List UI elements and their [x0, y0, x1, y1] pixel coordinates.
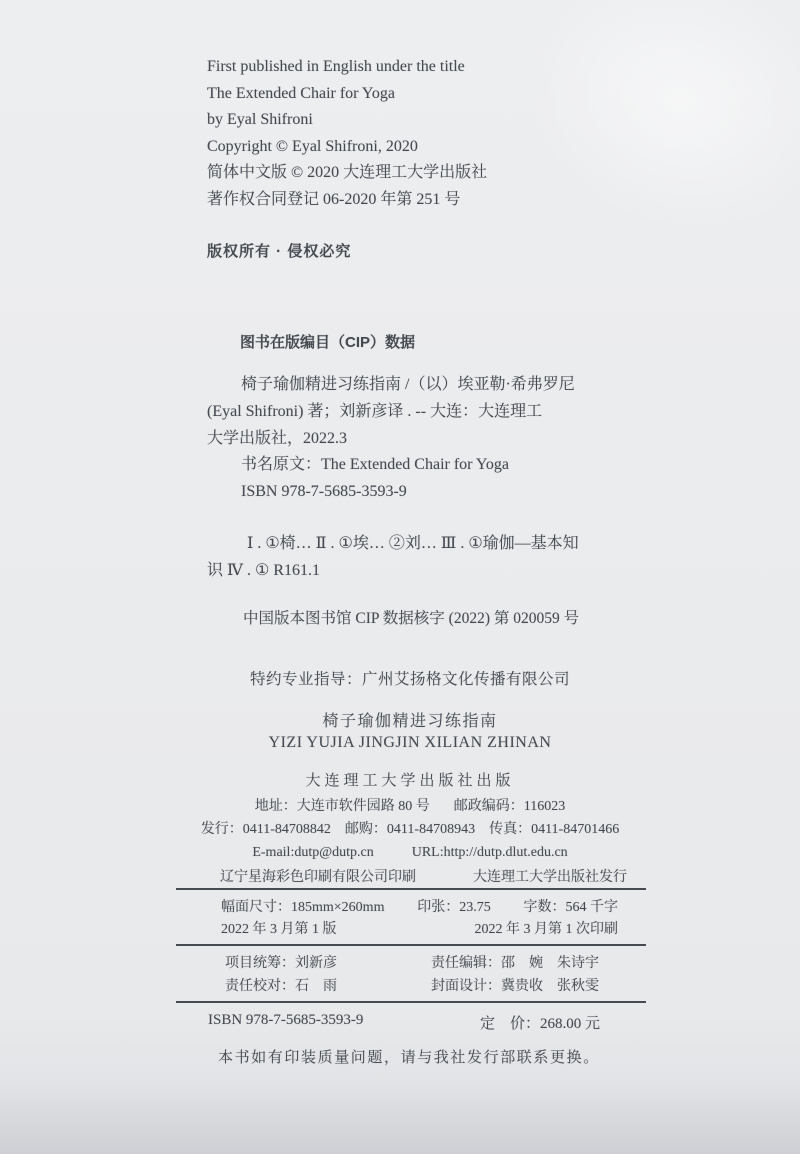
staff-row: 责任校对：石 雨 封面设计：冀贵收 张秋雯 — [175, 976, 645, 997]
printed-sheets: 印张：23.75 — [417, 897, 491, 918]
address-row: 地址：大连市软件园路 80 号 邮政编码：116023 — [175, 797, 645, 817]
project-coordinator: 项目统筹：刘新彦 — [225, 953, 337, 974]
cip-record: 中国版本图书馆 CIP 数据核字 (2022) 第 020059 号 — [243, 606, 579, 628]
copyright-line: 著作权合同登记 06-2020 年第 251 号 — [207, 187, 487, 214]
copyright-line: 简体中文版 © 2020 大连理工大学出版社 — [207, 160, 487, 187]
copyright-line: The Extended Chair for Yoga — [207, 81, 487, 108]
printer-row: 辽宁星海彩色印刷有限公司印刷 大连理工大学出版社发行 — [175, 866, 645, 886]
copyright-line: Copyright © Eyal Shifroni, 2020 — [207, 134, 487, 161]
book-title-cn: 椅子瑜伽精进习练指南 — [175, 708, 645, 731]
cip-line: ISBN 978-7-5685-3593-9 — [207, 479, 592, 506]
cip-line: 椅子瑜伽精进习练指南 /（以）埃亚勒·希弗罗尼 — [207, 372, 592, 399]
printing-run: 2022 年 3 月第 1 次印刷 — [475, 919, 619, 940]
publisher-line: 大连理工大学出版社出版 — [175, 769, 645, 790]
book-title-pinyin: YIZI YUJIA JINGJIN XILIAN ZHINAN — [175, 734, 645, 752]
cip-line: 书名原文：The Extended Chair for Yoga — [207, 452, 592, 479]
distribution-phone: 发行：0411-84708842 — [201, 820, 331, 840]
proofreader: 责任校对：石 雨 — [225, 976, 337, 997]
price: 定 价：268.00 元 — [480, 1012, 600, 1033]
copyright-line: by Eyal Shifroni — [207, 107, 487, 134]
cip-heading: 图书在版编目（CIP）数据 — [240, 331, 415, 352]
executive-editor: 责任编辑：邵 婉 朱诗宇 — [431, 953, 623, 974]
address: 地址：大连市软件园路 80 号 — [255, 797, 430, 817]
mail-order-phone: 邮购：0411-84708943 — [345, 820, 475, 840]
book-copyright-page: First published in English under the tit… — [0, 0, 800, 1154]
advisor-line: 特约专业指导：广州艾扬格文化传播有限公司 — [175, 667, 645, 689]
spec-row: 幅面尺寸：185mm×260mm 印张：23.75 字数：564 千字 — [175, 897, 645, 918]
edition: 2022 年 3 月第 1 版 — [221, 919, 337, 940]
phones-row: 发行：0411-84708842 邮购：0411-84708943 传真：041… — [175, 820, 645, 840]
isbn-price-row: ISBN 978-7-5685-3593-9 定 价：268.00 元 — [175, 1012, 645, 1033]
cip-line: (Eyal Shifroni) 著；刘新彦译 . -- 大连：大连理工 — [207, 399, 592, 426]
divider-line — [176, 888, 646, 890]
copyright-line: First published in English under the tit… — [207, 54, 487, 81]
distributor-name: 大连理工大学出版社发行 — [473, 866, 627, 886]
isbn-number: ISBN 978-7-5685-3593-9 — [208, 1012, 363, 1033]
fax-number: 传真：0411-84701466 — [489, 820, 619, 840]
edition-row: 2022 年 3 月第 1 版 2022 年 3 月第 1 次印刷 — [175, 919, 645, 940]
printer-name: 辽宁星海彩色印刷有限公司印刷 — [220, 866, 416, 886]
email-url-row: E-mail:dutp@dutp.cn URL:http://dutp.dlut… — [175, 843, 645, 863]
postcode: 邮政编码：116023 — [454, 797, 565, 817]
sheet-size: 幅面尺寸：185mm×260mm — [221, 897, 384, 918]
classification-line: Ⅰ . ①椅… Ⅱ . ①埃… ②刘… Ⅲ . ①瑜伽—基本知 — [207, 530, 587, 557]
cover-designer: 封面设计：冀贵收 张秋雯 — [431, 976, 623, 997]
copyright-block: First published in English under the tit… — [207, 54, 487, 213]
word-count: 字数：564 千字 — [524, 897, 619, 918]
staff-row: 项目统筹：刘新彦 责任编辑：邵 婉 朱诗宇 — [175, 953, 645, 974]
rights-notice: 版权所有 · 侵权必究 — [207, 240, 351, 261]
cip-paragraph: 椅子瑜伽精进习练指南 /（以）埃亚勒·希弗罗尼 (Eyal Shifroni) … — [207, 372, 592, 506]
email-address: E-mail:dutp@dutp.cn — [252, 843, 373, 863]
quality-note: 本书如有印装质量问题，请与我社发行部联系更换。 — [218, 1046, 600, 1067]
cip-line: 大学出版社，2022.3 — [207, 426, 592, 453]
classification-line: 识 Ⅳ . ① R161.1 — [207, 557, 587, 584]
divider-line — [176, 944, 646, 946]
cip-classification: Ⅰ . ①椅… Ⅱ . ①埃… ②刘… Ⅲ . ①瑜伽—基本知 识 Ⅳ . ① … — [207, 530, 587, 584]
divider-line — [176, 1001, 646, 1003]
website-url: URL:http://dutp.dlut.edu.cn — [412, 843, 568, 863]
